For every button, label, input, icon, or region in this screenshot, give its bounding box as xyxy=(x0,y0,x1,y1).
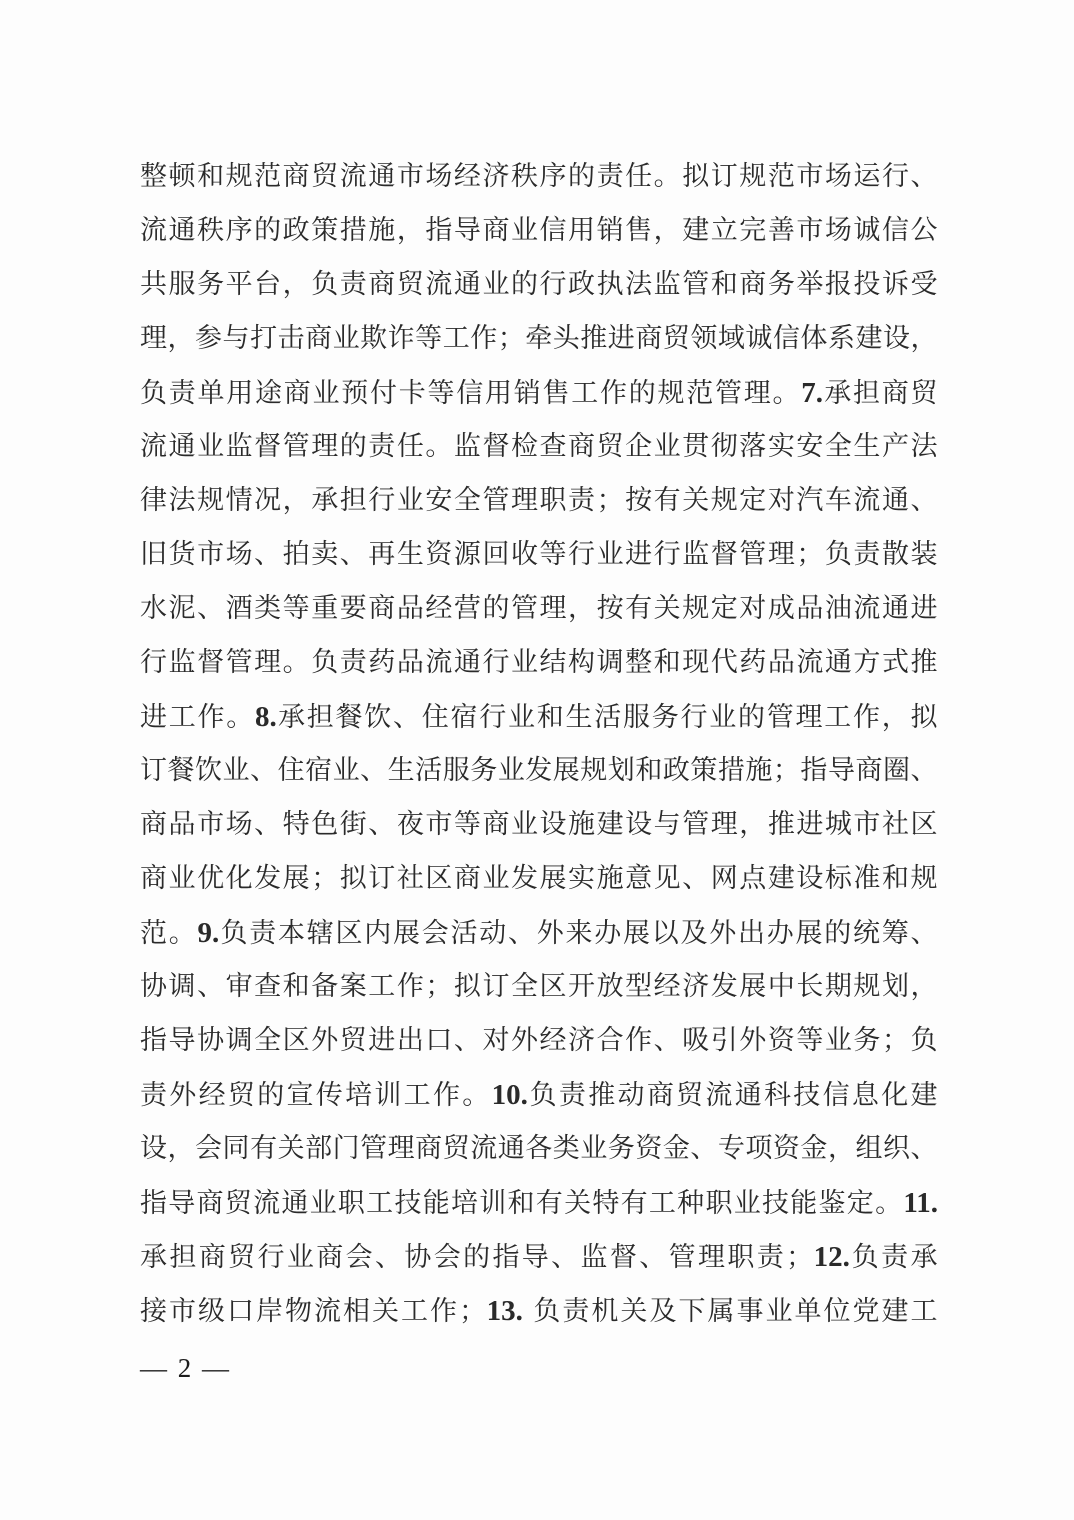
text-line: 承担商贸行业商会、协会的指导、监督、管理职责；12.负责承 xyxy=(140,1230,938,1284)
text-line: 责外经贸的宣传培训工作。10.负责推动商贸流通科技信息化建 xyxy=(140,1068,938,1122)
text-line: 律法规情况，承担行业安全管理职责；按有关规定对汽车流通、 xyxy=(140,474,938,528)
text-line: 协调、审查和备案工作；拟订全区开放型经济发展中长期规划， xyxy=(140,960,938,1014)
document-page: 整顿和规范商贸流通市场经济秩序的责任。拟订规范市场运行、 流通秩序的政策措施，指… xyxy=(0,0,1074,1520)
text-line: 指导商贸流通业职工技能培训和有关特有工种职业技能鉴定。11. xyxy=(140,1176,938,1230)
text-line: 设，会同有关部门管理商贸流通各类业务资金、专项资金，组织、 xyxy=(140,1122,938,1176)
text-line: 接市级口岸物流相关工作；13. 负责机关及下属事业单位党建工 xyxy=(140,1284,938,1338)
text-line: 商业优化发展；拟订社区商业发展实施意见、网点建设标准和规 xyxy=(140,852,938,906)
text-line: 流通业监督管理的责任。监督检查商贸企业贯彻落实安全生产法 xyxy=(140,420,938,474)
page-number: — 2 — xyxy=(140,1348,231,1388)
text-line: 水泥、酒类等重要商品经营的管理，按有关规定对成品油流通进 xyxy=(140,582,938,636)
text-line: 范。9.负责本辖区内展会活动、外来办展以及外出办展的统筹、 xyxy=(140,906,938,960)
text-line: 理，参与打击商业欺诈等工作；牵头推进商贸领域诚信体系建设， xyxy=(140,312,938,366)
text-line: 商品市场、特色街、夜市等商业设施建设与管理，推进城市社区 xyxy=(140,798,938,852)
text-line: 旧货市场、拍卖、再生资源回收等行业进行监督管理；负责散装 xyxy=(140,528,938,582)
text-line: 订餐饮业、住宿业、生活服务业发展规划和政策措施；指导商圈、 xyxy=(140,744,938,798)
text-line: 整顿和规范商贸流通市场经济秩序的责任。拟订规范市场运行、 xyxy=(140,150,938,204)
text-line: 行监督管理。负责药品流通行业结构调整和现代药品流通方式推 xyxy=(140,636,938,690)
text-line: 流通秩序的政策措施，指导商业信用销售，建立完善市场诚信公 xyxy=(140,204,938,258)
text-line: 共服务平台，负责商贸流通业的行政执法监管和商务举报投诉受 xyxy=(140,258,938,312)
text-line: 负责单用途商业预付卡等信用销售工作的规范管理。7.承担商贸 xyxy=(140,366,938,420)
text-line: 指导协调全区外贸进出口、对外经济合作、吸引外资等业务；负 xyxy=(140,1014,938,1068)
text-line: 进工作。8.承担餐饮、住宿行业和生活服务行业的管理工作，拟 xyxy=(140,690,938,744)
body-text: 整顿和规范商贸流通市场经济秩序的责任。拟订规范市场运行、 流通秩序的政策措施，指… xyxy=(140,150,938,1338)
